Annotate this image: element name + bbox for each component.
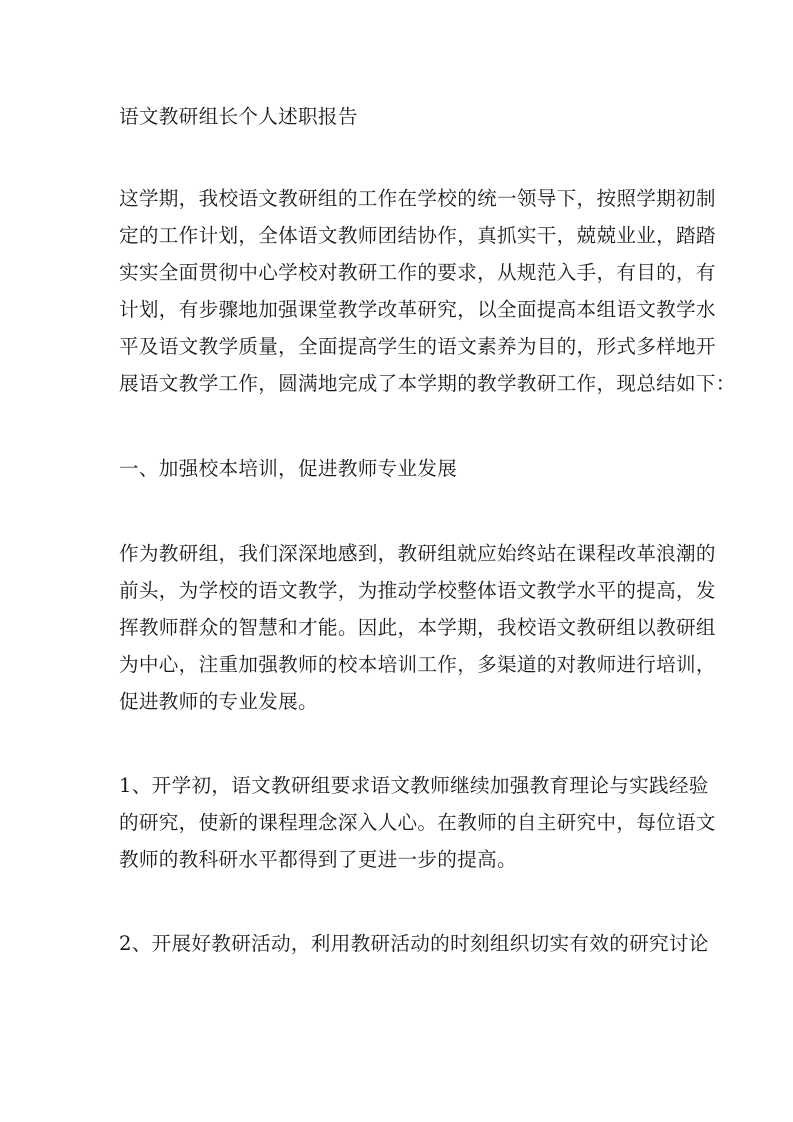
intro-line: 展语文教学工作，圆满地完成了本学期的教学教研工作，现总结如下： — [119, 365, 681, 402]
section-1-line: 促进教师的专业发展。 — [119, 683, 681, 720]
section-heading-1: 一、加强校本培训，促进教师专业发展 — [119, 450, 681, 487]
section-1-line: 挥教师群众的智慧和才能。因此，本学期，我校语文教研组以教研组 — [119, 609, 681, 646]
item-1-line: 的研究，使新的课程理念深入人心。在教师的自主研究中，每位语文 — [119, 804, 681, 841]
intro-line: 平及语文教学质量，全面提高学生的语文素养为目的，形式多样地开 — [119, 328, 681, 365]
item-2-line: 2、开展好教研活动，利用教研活动的时刻组织切实有效的研究讨论 — [119, 925, 681, 962]
section-1-line: 前头，为学校的语文教学，为推动学校整体语文教学水平的提高，发 — [119, 572, 681, 609]
item-2-paragraph: 2、开展好教研活动，利用教研活动的时刻组织切实有效的研究讨论 — [119, 925, 681, 962]
document-title: 语文教研组长个人述职报告 — [119, 98, 681, 135]
intro-paragraph: 这学期，我校语文教研组的工作在学校的统一领导下，按照学期初制 定的工作计划，全体… — [119, 180, 681, 402]
section-1-line: 作为教研组，我们深深地感到，教研组就应始终站在课程改革浪潮的 — [119, 535, 681, 572]
item-1-line: 教师的教科研水平都得到了更进一步的提高。 — [119, 841, 681, 878]
title-text: 语文教研组长个人述职报告 — [119, 98, 681, 135]
section-1-line: 为中心，注重加强教师的校本培训工作，多渠道的对教师进行培训， — [119, 646, 681, 683]
section-1-paragraph: 作为教研组，我们深深地感到，教研组就应始终站在课程改革浪潮的 前头，为学校的语文… — [119, 535, 681, 720]
intro-line: 这学期，我校语文教研组的工作在学校的统一领导下，按照学期初制 — [119, 180, 681, 217]
item-1-paragraph: 1、开学初，语文教研组要求语文教师继续加强教育理论与实践经验 的研究，使新的课程… — [119, 767, 681, 878]
document-page: 语文教研组长个人述职报告 这学期，我校语文教研组的工作在学校的统一领导下，按照学… — [119, 98, 681, 962]
section-heading-text: 一、加强校本培训，促进教师专业发展 — [119, 450, 681, 487]
item-1-line: 1、开学初，语文教研组要求语文教师继续加强教育理论与实践经验 — [119, 767, 681, 804]
intro-line: 实实全面贯彻中心学校对教研工作的要求，从规范入手，有目的，有 — [119, 254, 681, 291]
intro-line: 计划，有步骤地加强课堂教学改革研究，以全面提高本组语文教学水 — [119, 291, 681, 328]
intro-line: 定的工作计划，全体语文教师团结协作，真抓实干，兢兢业业，踏踏 — [119, 217, 681, 254]
